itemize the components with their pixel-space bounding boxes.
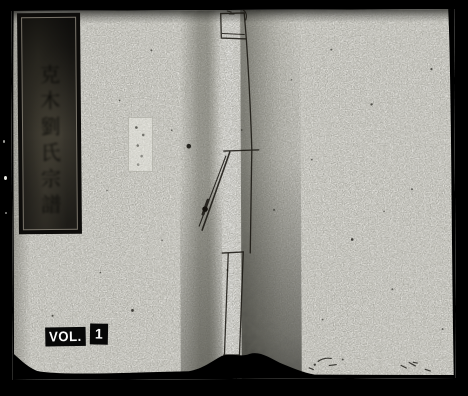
spine-title-label-frame: 克木劉氏宗譜 [21,17,78,230]
volume-label: VOL. 1 [44,326,108,346]
volume-number-chip: 1 [89,323,108,344]
thread-knot [202,206,208,212]
dust-speck [3,140,5,143]
volume-word-chip: VOL. [45,327,85,347]
library-sticker [128,117,153,172]
spine-title-text: 克木劉氏宗譜 [34,64,64,229]
dust-speck [4,176,7,180]
dust-speck [5,212,7,214]
spine-title-label: 克木劉氏宗譜 [17,13,82,235]
scanned-book-photo: 克木劉氏宗譜 VOL. 1 [0,0,468,396]
